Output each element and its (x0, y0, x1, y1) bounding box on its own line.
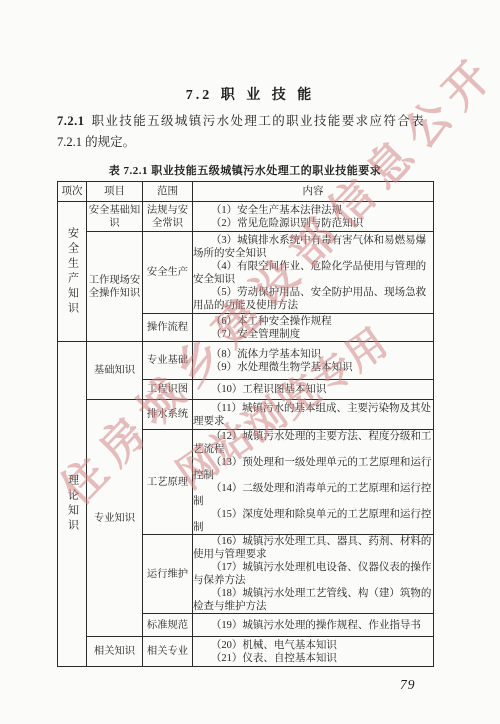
scope-cell: 专业基础 (143, 342, 193, 380)
content-cell: （16）城镇污水处理工具、器具、药剂、材料的使用与管理要求 （17）城镇污水处理… (193, 535, 434, 614)
scope-cell: 操作流程 (143, 314, 193, 342)
page-number: 79 (400, 677, 440, 693)
scope-cell: 相关专业 (143, 637, 193, 667)
content-item: （2）常见危险源识别与防范知识 (193, 217, 433, 230)
table-row: 相关知识 相关专业 （20）机械、电气基本知识 （21）仪表、自控基本知识 (58, 637, 434, 667)
content-item: （13）预处理和一级处理单元的工艺原理和运行控制 (193, 456, 433, 482)
scope-cell: 工程识图 (143, 380, 193, 400)
content-item: （6）本工种安全操作规程 (193, 315, 433, 328)
clause-line-1: 7.2.1职业技能五级城镇污水处理工的职业技能要求应符合表 (57, 111, 447, 132)
scope-cell: 标准规范 (143, 614, 193, 637)
project-cell: 专业知识 (87, 400, 143, 637)
col-header-content: 内容 (193, 182, 434, 202)
content-item: （15）深度处理和除臭单元的工艺原理和运行控制 (193, 508, 433, 534)
table-caption: 表 7.2.1 职业技能五级城镇污水处理工的职业技能要求 (57, 162, 433, 178)
content-cell: （20）机械、电气基本知识 （21）仪表、自控基本知识 (193, 637, 434, 667)
content-cell: （6）本工种安全操作规程 （7）安全管理制度 (193, 314, 434, 342)
clause-paragraph: 7.2.1职业技能五级城镇污水处理工的职业技能要求应符合表 7.2.1 的规定。 (57, 111, 447, 153)
content-cell: （3）城镇排水系统中有毒有害气体和易燃易爆场所的安全知识 （4）有限空间作业、危… (193, 232, 434, 314)
col-header-scope: 范围 (143, 182, 193, 202)
table-row: 专业知识 排水系统 （11）城镇污水的基本组成、主要污染物及其处理要求 (58, 400, 434, 430)
content-item: （5）劳动保护用品、安全防护用品、现场急救用品的功能及使用方法 (193, 286, 433, 312)
content-item: （12）城镇污水处理的主要方法、程度分级和工艺流程 (193, 430, 433, 456)
content-item: （7）安全管理制度 (193, 328, 433, 341)
scope-cell: 运行维护 (143, 535, 193, 614)
group-label: 安全生产知识 (66, 227, 79, 317)
project-cell: 相关知识 (87, 637, 143, 667)
content-item: （17）城镇污水处理机电设备、仪器仪表的操作与保养方法 (193, 561, 433, 587)
project-cell: 工作现场安全操作知识 (87, 232, 143, 342)
project-cell: 基础知识 (87, 342, 143, 400)
section-heading: 7.2 职 业 技 能 (0, 84, 500, 104)
content-item: （8）流体力学基本知识 (193, 348, 433, 361)
content-cell: （11）城镇污水的基本组成、主要污染物及其处理要求 (193, 400, 434, 430)
content-item: （11）城镇污水的基本组成、主要污染物及其处理要求 (193, 402, 433, 428)
content-item: （9）水处理微生物学基本知识 (193, 361, 433, 374)
clause-number: 7.2.1 (57, 114, 85, 128)
group-label-cell: 理论知识 (58, 342, 87, 667)
content-cell: （12）城镇污水处理的主要方法、程度分级和工艺流程 （13）预处理和一级处理单元… (193, 430, 434, 535)
content-item: （20）机械、电气基本知识 (193, 639, 433, 652)
content-cell: （8）流体力学基本知识 （9）水处理微生物学基本知识 (193, 342, 434, 380)
content-cell: （1）安全生产基本法律法规 （2）常见危险源识别与防范知识 (193, 202, 434, 232)
scope-cell: 工艺原理 (143, 430, 193, 535)
content-item: （1）安全生产基本法律法规 (193, 204, 433, 217)
content-cell: （10）工程识图基本知识 (193, 380, 434, 400)
scope-cell: 法规与安全常识 (143, 202, 193, 232)
content-cell: （19）城镇污水处理的操作规程、作业指导书 (193, 614, 434, 637)
content-item: （21）仪表、自控基本知识 (193, 652, 433, 665)
col-header-project: 项目 (87, 182, 143, 202)
content-item: （4）有限空间作业、危险化学品使用与管理的安全知识 (193, 260, 433, 286)
clause-text: 职业技能五级城镇污水处理工的职业技能要求应符合表 (92, 114, 426, 128)
table-row: 理论知识 基础知识 专业基础 （8）流体力学基本知识 （9）水处理微生物学基本知… (58, 342, 434, 380)
clause-line-2: 7.2.1 的规定。 (57, 132, 447, 153)
scope-cell: 安全生产 (143, 232, 193, 314)
table-row: 工作现场安全操作知识 安全生产 （3）城镇排水系统中有毒有害气体和易燃易爆场所的… (58, 232, 434, 314)
skills-requirements-table: 项次 项目 范围 内容 安全生产知识 安全基础知识 法规与安全常识 （1）安全生… (57, 181, 434, 667)
content-item: （3）城镇排水系统中有毒有害气体和易燃易爆场所的安全知识 (193, 234, 433, 260)
content-item: （18）城镇污水处理工艺管线、构（建）筑物的检查与维护方法 (193, 587, 433, 613)
table-row: 安全生产知识 安全基础知识 法规与安全常识 （1）安全生产基本法律法规 （2）常… (58, 202, 434, 232)
group-label-cell: 安全生产知识 (58, 202, 87, 342)
col-header-item-no: 项次 (58, 182, 87, 202)
content-item: （14）二级处理和消毒单元的工艺原理和运行控制 (193, 482, 433, 508)
group-label: 理论知识 (66, 474, 79, 534)
content-item: （19）城镇污水处理的操作规程、作业指导书 (193, 619, 433, 632)
project-cell: 安全基础知识 (87, 202, 143, 232)
content-item: （10）工程识图基本知识 (193, 383, 433, 396)
table-header-row: 项次 项目 范围 内容 (58, 182, 434, 202)
scope-cell: 排水系统 (143, 400, 193, 430)
content-item: （16）城镇污水处理工具、器具、药剂、材料的使用与管理要求 (193, 535, 433, 561)
